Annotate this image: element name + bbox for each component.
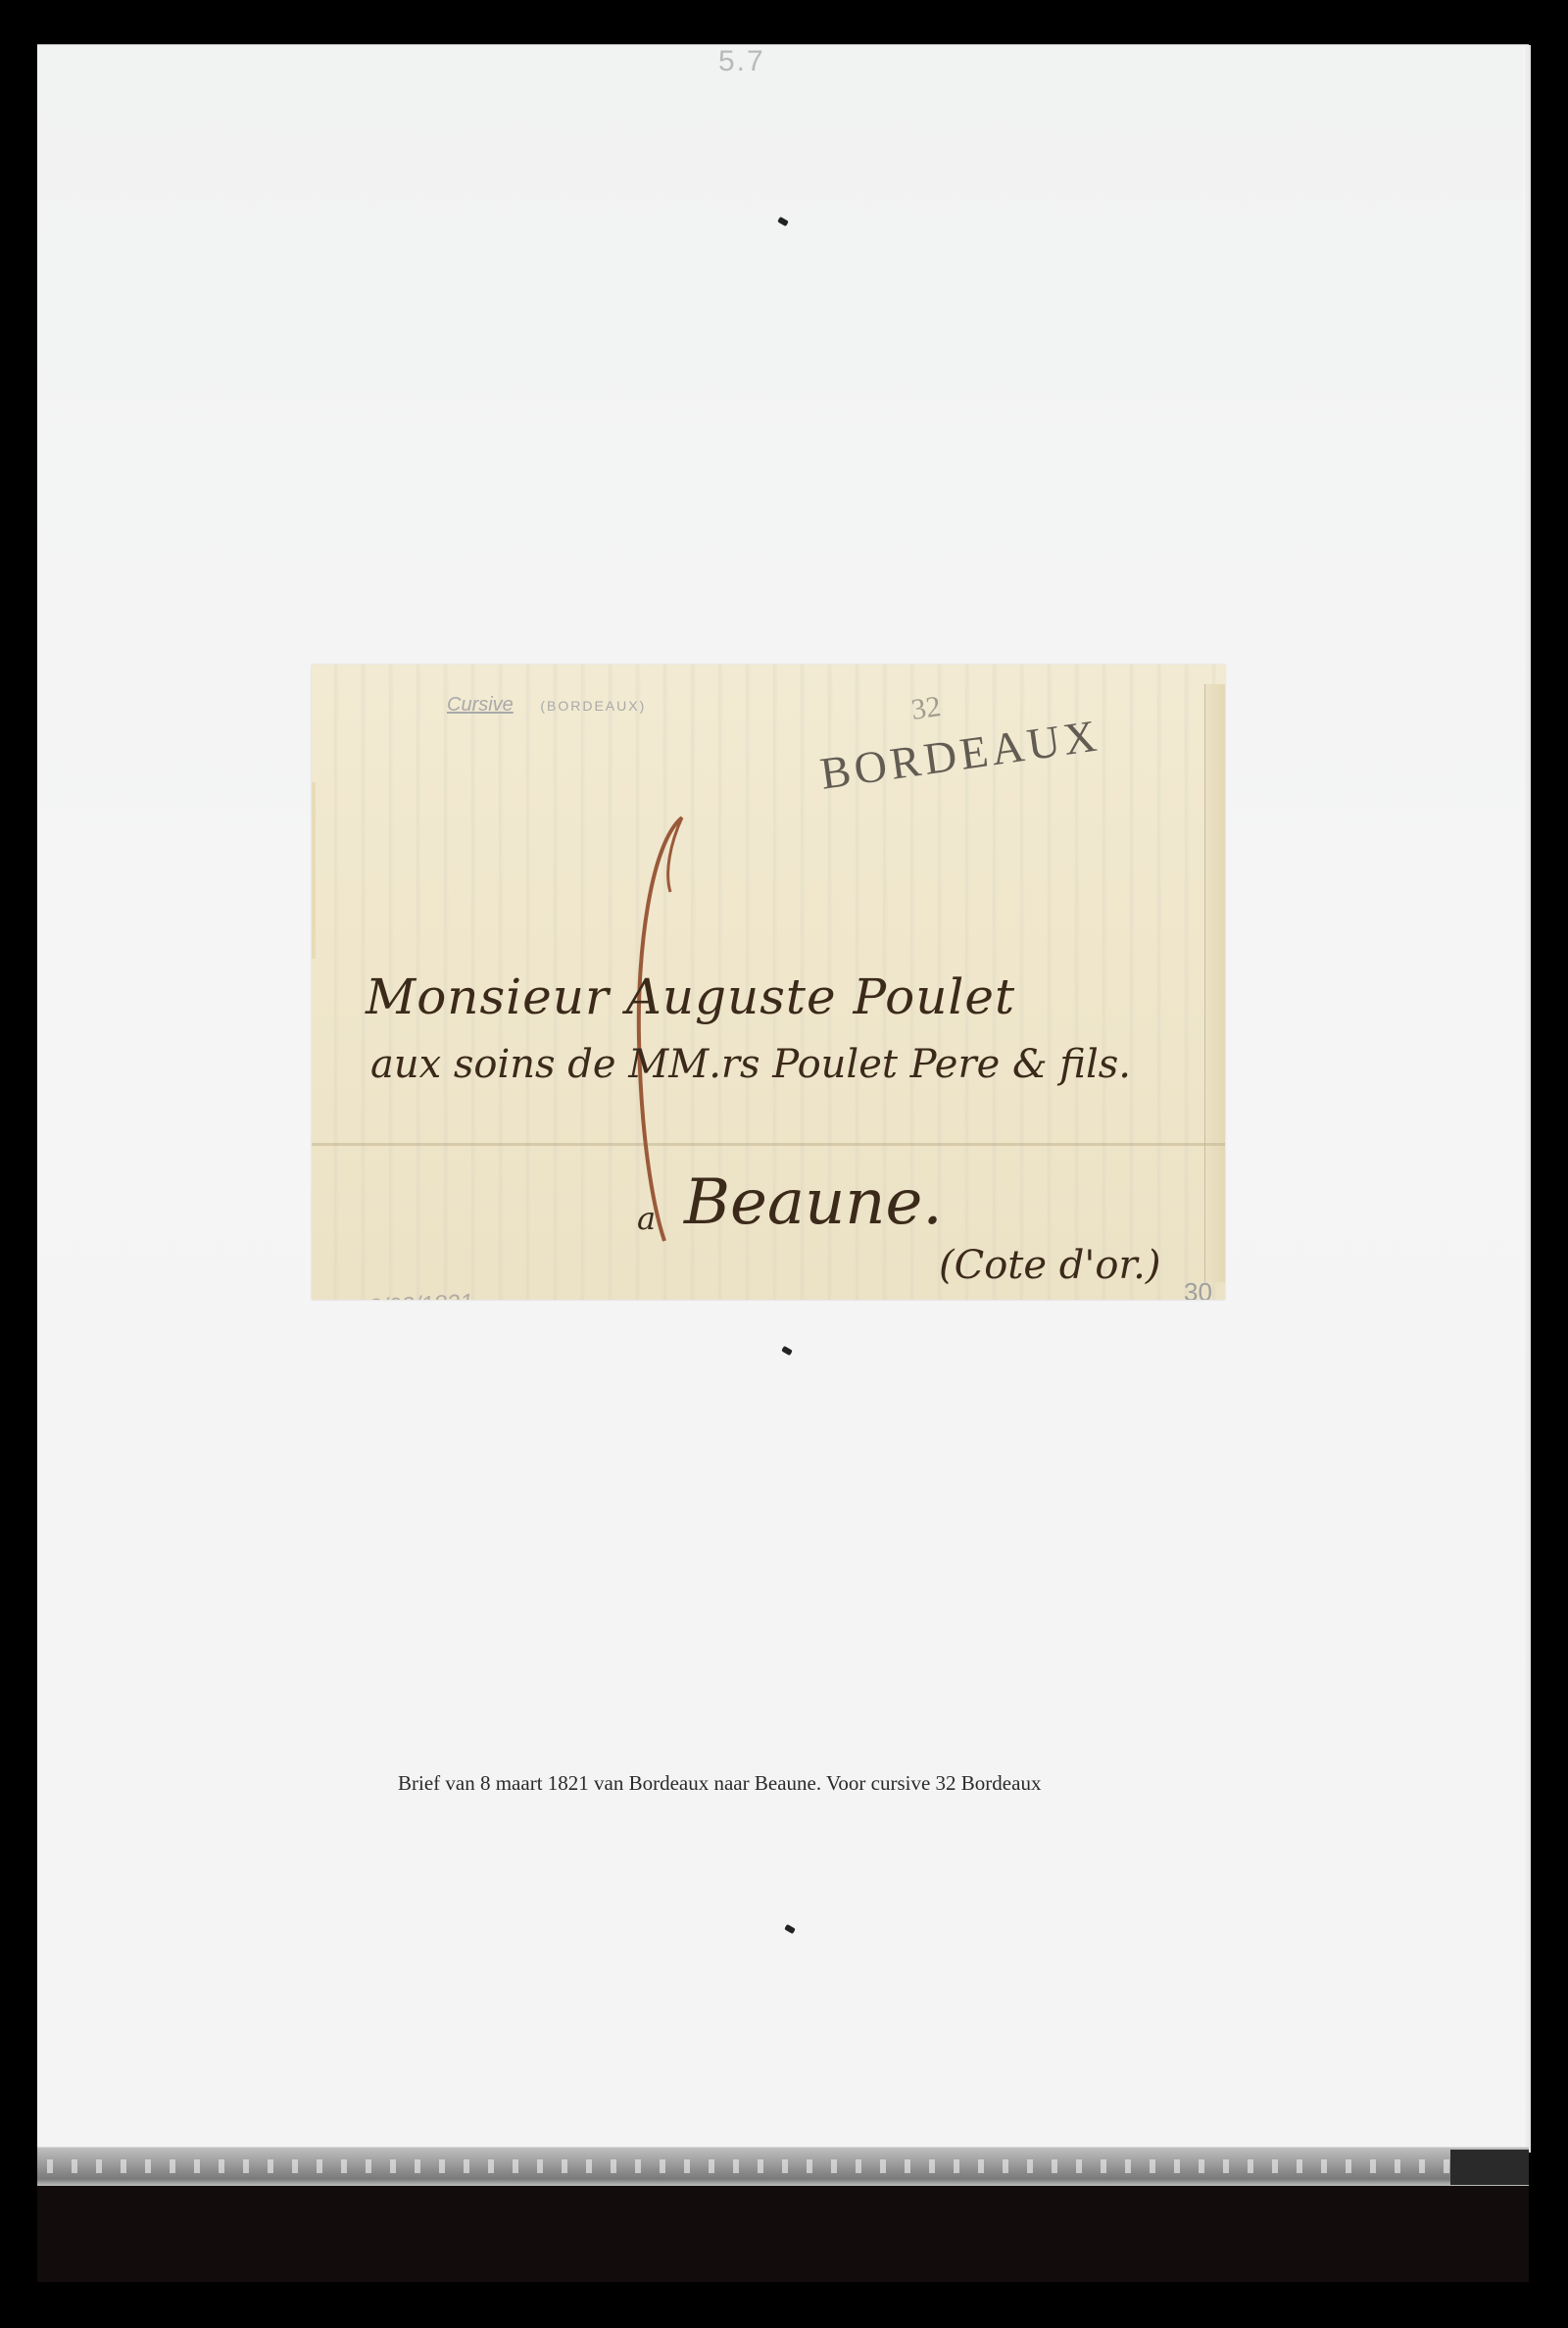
page-number: 5.7 xyxy=(718,45,765,78)
mount-corner-mark xyxy=(777,217,789,226)
address-line-2: aux soins de MM.rs Poulet Pere & fils. xyxy=(370,1042,1131,1087)
postmark-number: 32 xyxy=(909,690,943,727)
album-page: 5.7 Cursive (BORDEAUX) 32 BORDEAUX Monsi… xyxy=(37,44,1529,2153)
pencil-price: 30 xyxy=(1184,1277,1212,1300)
address-prefix: a xyxy=(637,1200,656,1237)
pencil-annotation: Cursive (BORDEAUX) xyxy=(447,694,646,717)
red-ink-bracket-mark xyxy=(631,814,690,1245)
address-line-1: Monsieur Auguste Poulet xyxy=(366,968,1015,1025)
sleeve-end xyxy=(1450,2150,1529,2185)
album-sleeve-strip xyxy=(37,2147,1529,2187)
address-town: Beaune. xyxy=(684,1166,943,1239)
address-department: (Cote d'or.) xyxy=(939,1243,1160,1288)
cover-caption: Brief van 8 maart 1821 van Bordeaux naar… xyxy=(398,1771,1041,1796)
cover-fold-band xyxy=(1204,684,1225,1282)
sleeve-perforations xyxy=(37,2159,1488,2173)
postal-cover: Cursive (BORDEAUX) 32 BORDEAUX Monsieur … xyxy=(312,665,1225,1300)
cover-fold-line xyxy=(312,1143,1225,1146)
page-edge xyxy=(1523,45,1531,2153)
mount-corner-mark xyxy=(784,1924,796,1934)
cover-flap xyxy=(312,782,316,959)
postmark-town: BORDEAUX xyxy=(817,709,1103,800)
mount-corner-mark xyxy=(781,1346,793,1356)
scan-background xyxy=(37,2186,1529,2282)
pencil-date: 8/03/1821 xyxy=(367,1289,473,1300)
pencil-word: Cursive xyxy=(447,694,514,716)
pencil-paren: (BORDEAUX) xyxy=(540,698,646,714)
